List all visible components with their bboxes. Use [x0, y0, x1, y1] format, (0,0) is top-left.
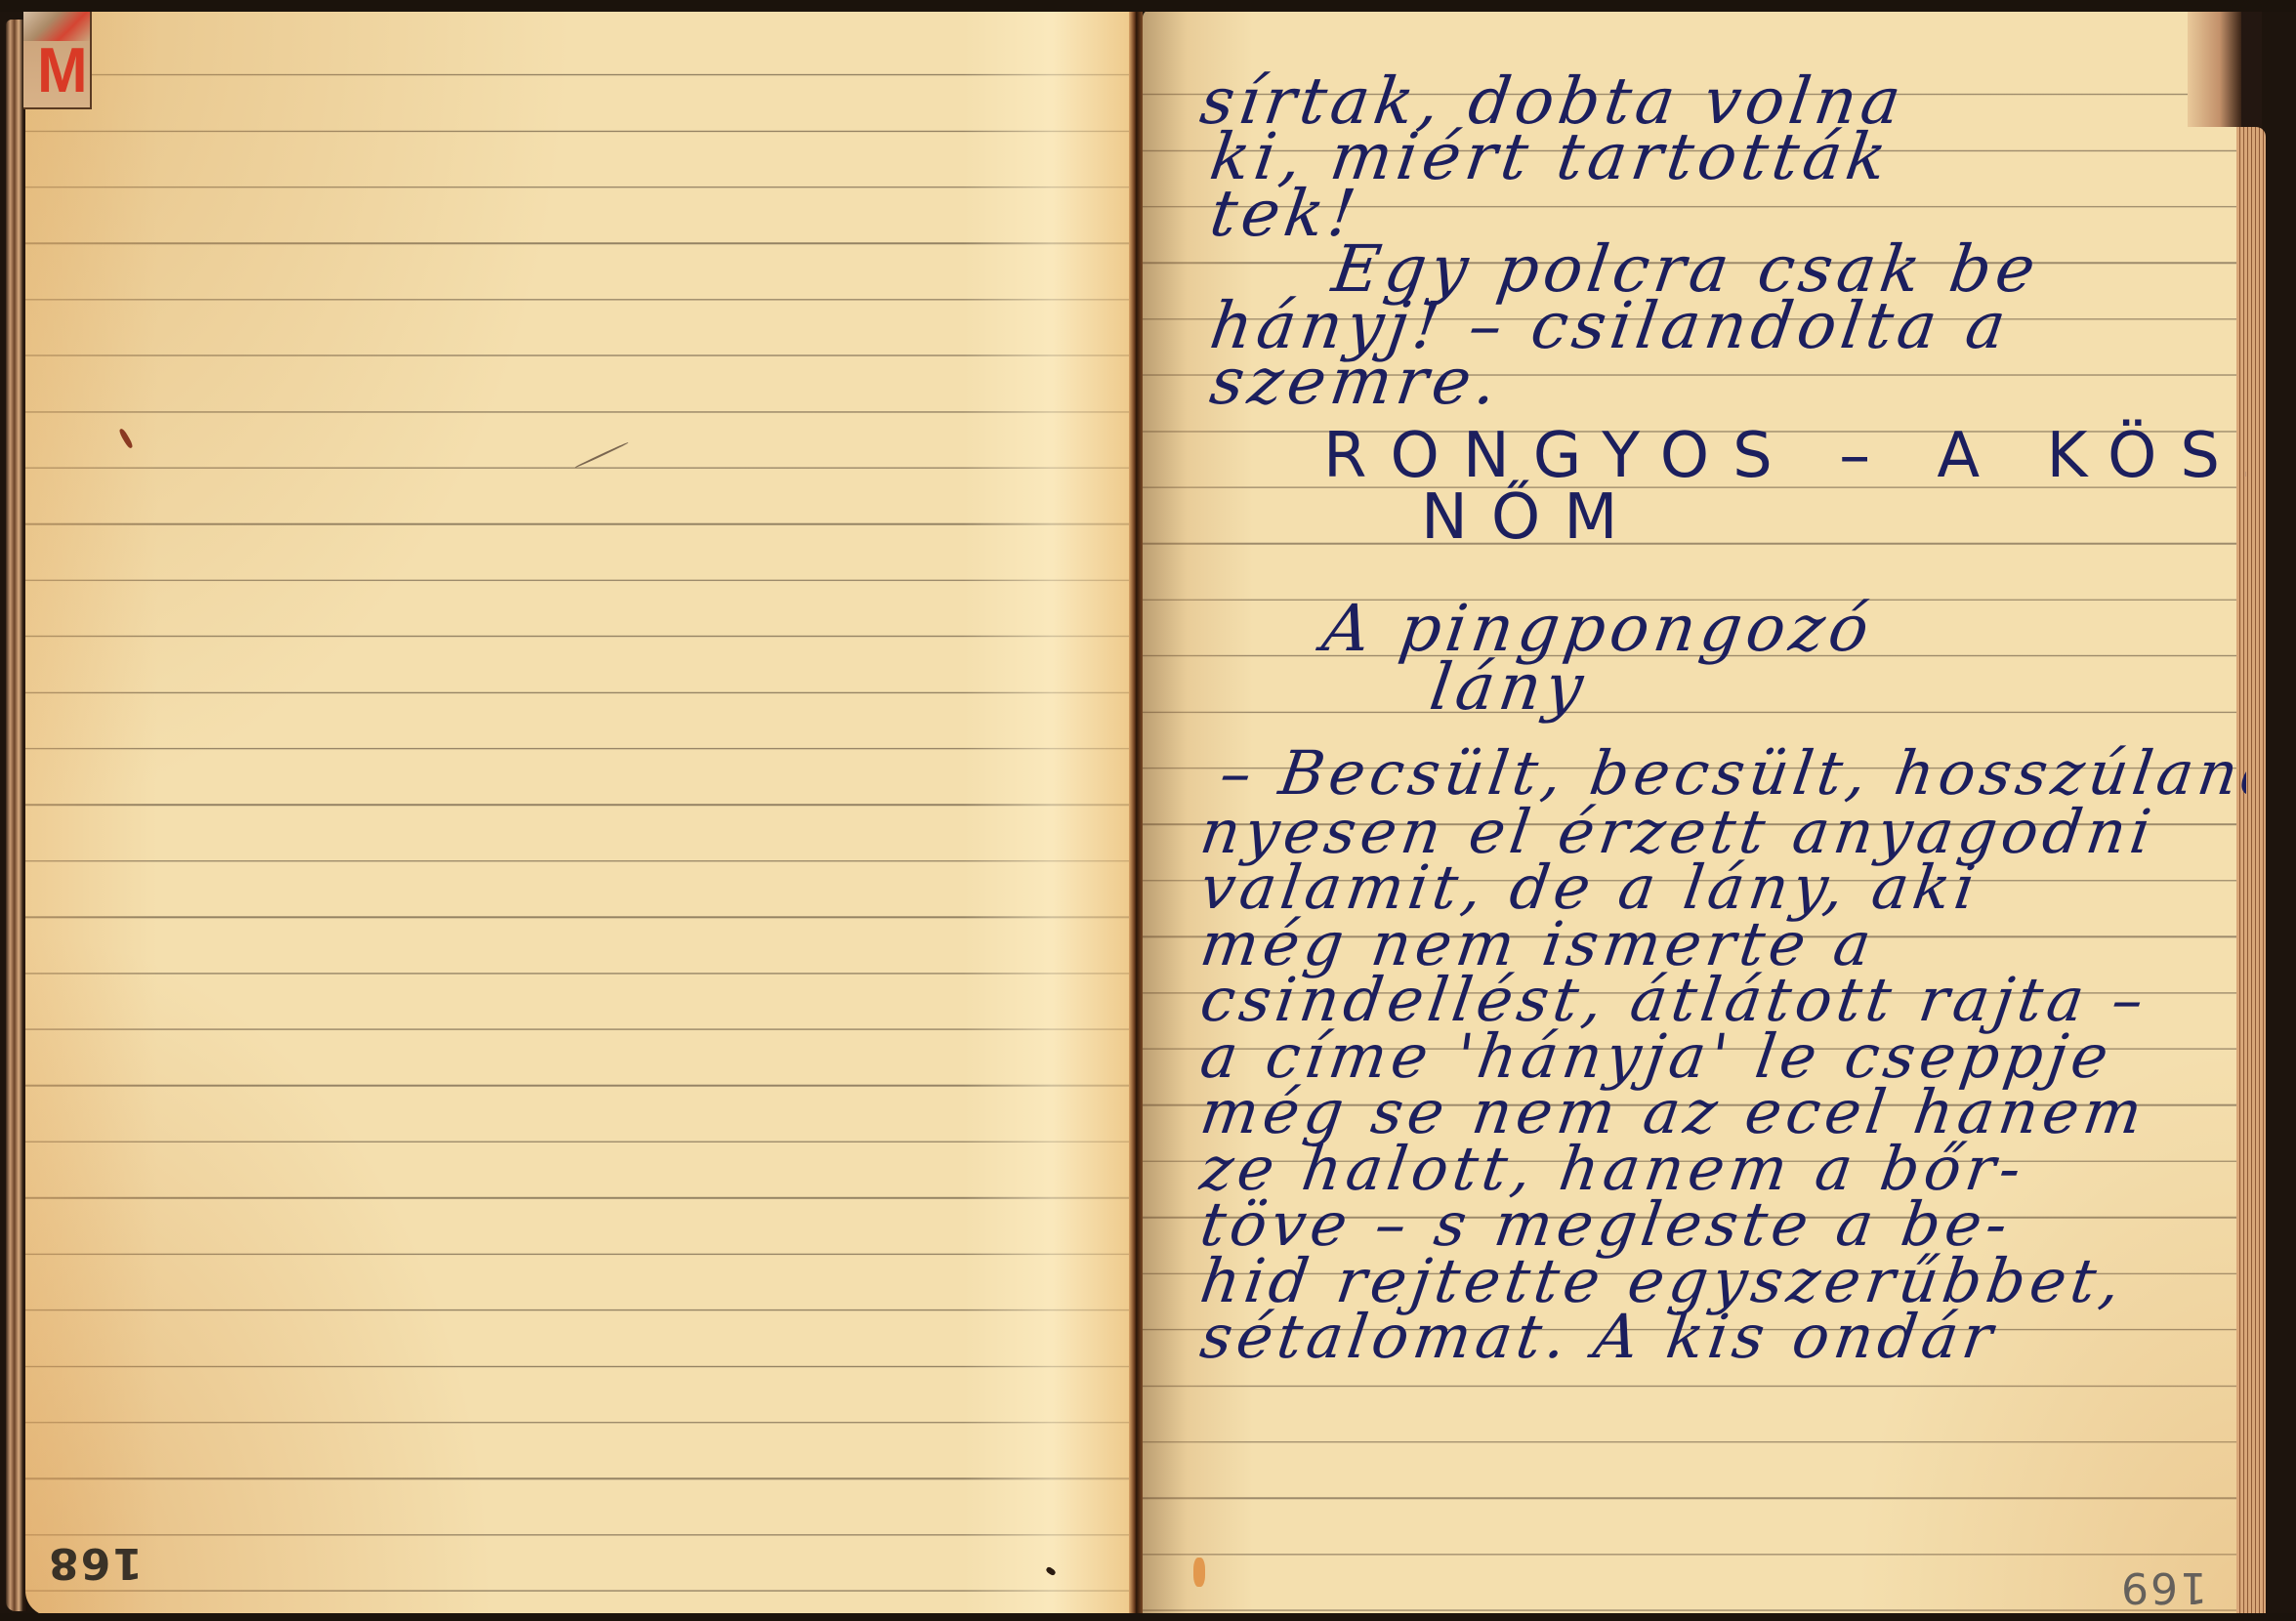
subtitle-line-2: lány: [1426, 649, 1593, 725]
left-page: 168: [25, 10, 1129, 1616]
index-tab-marker: M: [23, 0, 92, 109]
text-line: sétalomat. A kis ondár: [1196, 1301, 2002, 1372]
story-title-line-2: NŐM: [1421, 481, 1641, 554]
page-number-168: 168: [47, 1538, 143, 1588]
ink-speck: [118, 428, 134, 449]
subtitle-line-1: A pingpongozó: [1318, 591, 1879, 666]
scan-border-bottom: [0, 1613, 2296, 1621]
right-page: sírtak, dobta volna ki, miért tartották …: [1143, 10, 2246, 1616]
index-tab-letter: M: [37, 39, 88, 103]
spine-gutter: [1129, 6, 1143, 1621]
right-page-stack-edges: [2236, 127, 2266, 1621]
scan-border-top: [0, 0, 2296, 12]
left-page-edges: [6, 20, 27, 1611]
orange-stain: [1193, 1558, 1205, 1587]
right-page-stack-top: [2188, 10, 2241, 127]
page-number-169: 169: [2119, 1562, 2207, 1612]
hair-fiber: [574, 441, 628, 468]
ink-speck: [1045, 1566, 1057, 1577]
notebook-spread: M 168 sírtak, dobta volna ki, miért tart…: [0, 0, 2296, 1621]
text-line: szemre.: [1206, 344, 1507, 419]
